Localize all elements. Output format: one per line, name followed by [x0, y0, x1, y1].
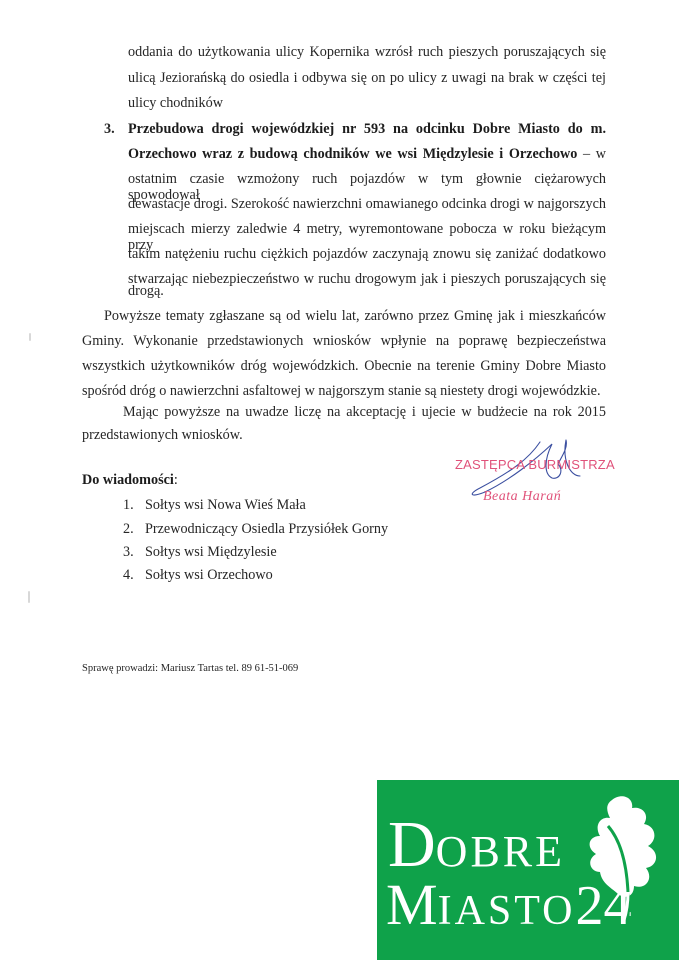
text-line: Gminy. Wykonanie przedstawionych wnioskó… [82, 333, 606, 349]
cc-item-text: Sołtys wsi Orzechowo [145, 567, 273, 583]
text-line: stwarzając niebezpieczeństwo w ruchu dro… [128, 271, 606, 287]
text-line: Mając powyższe na uwadze liczę na akcept… [123, 404, 606, 420]
cc-item-number: 1. [123, 497, 134, 513]
cc-item-number: 4. [123, 567, 134, 583]
cc-item-text: Przewodniczący Osiedla Przysiółek Gorny [145, 521, 388, 537]
text-line: przedstawionych wniosków. [82, 427, 243, 443]
cc-heading: Do wiadomości: [82, 472, 178, 488]
text-line: dewastacje drogi. Szerokość nawierzchni … [128, 196, 606, 212]
scan-mark [28, 591, 30, 603]
dobremiasto24-logo: DOBRE MIASTO24 [377, 780, 679, 960]
cc-heading-text: Do wiadomości [82, 472, 174, 488]
text-line: ulicy chodników [128, 95, 223, 111]
text-line: ulicą Jeziorańską do osiedla i odbywa si… [128, 70, 606, 86]
stamp-name: Beata Harań [483, 489, 561, 505]
text-line: spośród dróg o nawierzchni asfaltowej w … [82, 383, 601, 399]
item-heading-line: Orzechowo wraz z budową chodników we wsi… [128, 146, 606, 162]
cc-heading-colon: : [174, 472, 178, 488]
item-heading-line: Przebudowa drogi wojewódzkiej nr 593 na … [128, 121, 606, 137]
text-line: oddania do użytkowania ulicy Kopernika w… [128, 44, 606, 60]
logo-word-iasto: IASTO [438, 888, 576, 934]
scan-mark [29, 333, 31, 341]
cc-item-text: Sołtys wsi Międzylesie [145, 544, 277, 560]
item-heading-tail: – w [577, 146, 606, 162]
cc-item-text: Sołtys wsi Nowa Wieś Mała [145, 497, 306, 513]
logo-initial-d: D [388, 808, 436, 881]
cc-item-number: 2. [123, 521, 134, 537]
case-handler-note: Sprawę prowadzi: Mariusz Tartas tel. 89 … [82, 661, 298, 677]
oak-leaf-icon [572, 792, 667, 922]
logo-initial-m: M [386, 872, 438, 937]
text-line: wszystkich użytkowników dróg wojewódzkic… [82, 358, 606, 374]
stamp-title: ZASTĘPCA BURMISTRZA [455, 457, 615, 472]
item-heading-text: Orzechowo wraz z budową chodników we wsi… [128, 146, 577, 162]
text-line: takim natężeniu ruchu ciężkich pojazdów … [128, 246, 606, 262]
text-line: Powyższe tematy zgłaszane są od wielu la… [104, 308, 606, 324]
list-number: 3. [104, 121, 115, 137]
cc-item-number: 3. [123, 544, 134, 560]
logo-word-obre: OBRE [436, 827, 565, 876]
text-line: drogą. [128, 283, 164, 299]
logo-line-1: DOBRE [388, 812, 565, 878]
